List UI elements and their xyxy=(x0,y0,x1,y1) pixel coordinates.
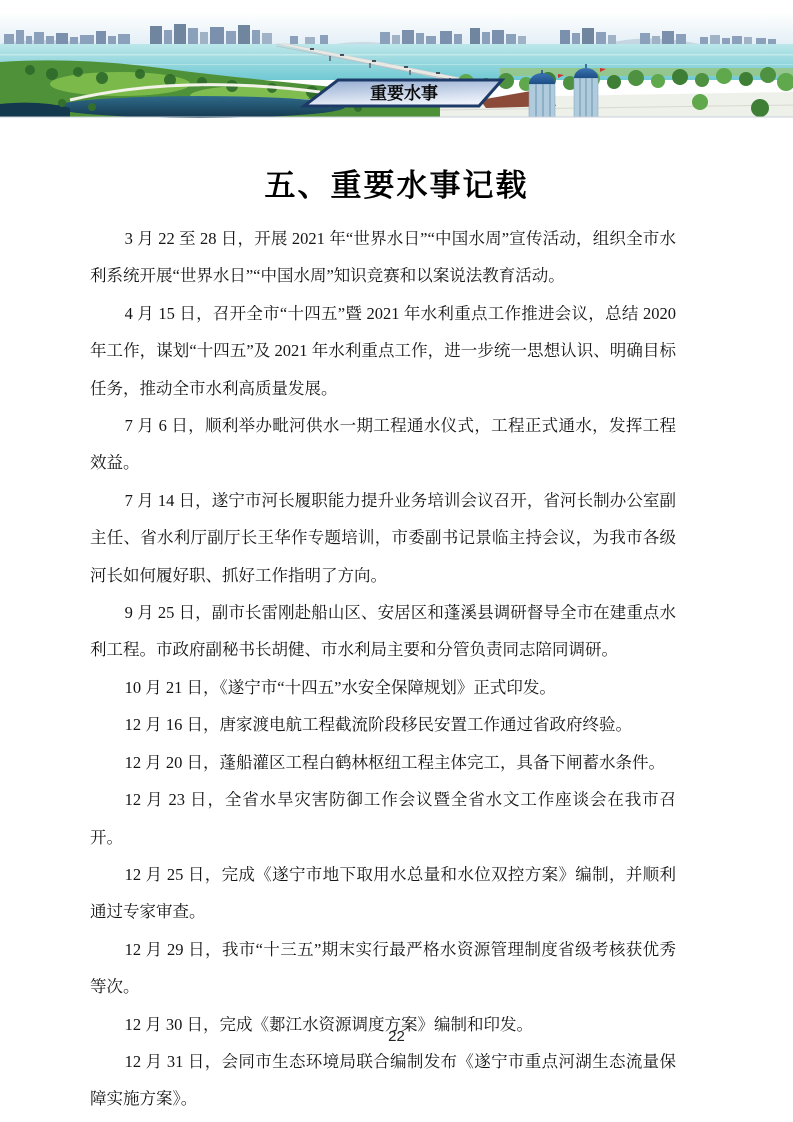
event-paragraph: 7 月 6 日，顺利举办毗河供水一期工程通水仪式，工程正式通水，发挥工程效益。 xyxy=(90,407,676,482)
page-title: 五、重要水事记载 xyxy=(0,166,793,206)
event-paragraph: 12 月 31 日，会同市生态环境局联合编制发布《遂宁市重点河湖生态流量保障实施… xyxy=(90,1043,676,1118)
page-number: 22 xyxy=(0,1028,793,1045)
section-badge-label: 重要水事 xyxy=(370,83,438,104)
event-paragraph: 9 月 25 日，副市长雷刚赴船山区、安居区和蓬溪县调研督导全市在建重点水利工程… xyxy=(90,594,676,669)
event-paragraph: 12 月 23 日，全省水旱灾害防御工作会议暨全省水文工作座谈会在我市召开。 xyxy=(90,781,676,856)
header-photo: 重要水事 xyxy=(0,12,793,118)
section-badge: 重要水事 xyxy=(304,80,502,106)
event-paragraph: 4 月 15 日，召开全市“十四五”暨 2021 年水利重点工作推进会议，总结 … xyxy=(90,295,676,407)
event-paragraph: 12 月 20 日，蓬船灌区工程白鹤林枢纽工程主体完工，具备下闸蓄水条件。 xyxy=(90,744,676,781)
event-paragraph: 10 月 21 日，《遂宁市“十四五”水安全保障规划》正式印发。 xyxy=(90,669,676,706)
event-paragraph: 12 月 16 日，唐家渡电航工程截流阶段移民安置工作通过省政府终验。 xyxy=(90,706,676,743)
events-list: 3 月 22 至 28 日，开展 2021 年“世界水日”“中国水周”宣传活动，… xyxy=(90,220,676,1118)
event-paragraph: 3 月 22 至 28 日，开展 2021 年“世界水日”“中国水周”宣传活动，… xyxy=(90,220,676,295)
event-paragraph: 12 月 25 日，完成《遂宁市地下取用水总量和水位双控方案》编制，并顺利通过专… xyxy=(90,856,676,931)
photo-bottom-rule xyxy=(0,117,793,118)
document-page: 重要水事 五、重要水事记载 3 月 22 至 28 日，开展 2021 年“世界… xyxy=(0,0,793,1122)
event-paragraph: 12 月 29 日，我市“十三五”期末实行最严格水资源管理制度省级考核获优秀等次… xyxy=(90,931,676,1006)
event-paragraph: 7 月 14 日，遂宁市河长履职能力提升业务培训会议召开，省河长制办公室副主任、… xyxy=(90,482,676,594)
